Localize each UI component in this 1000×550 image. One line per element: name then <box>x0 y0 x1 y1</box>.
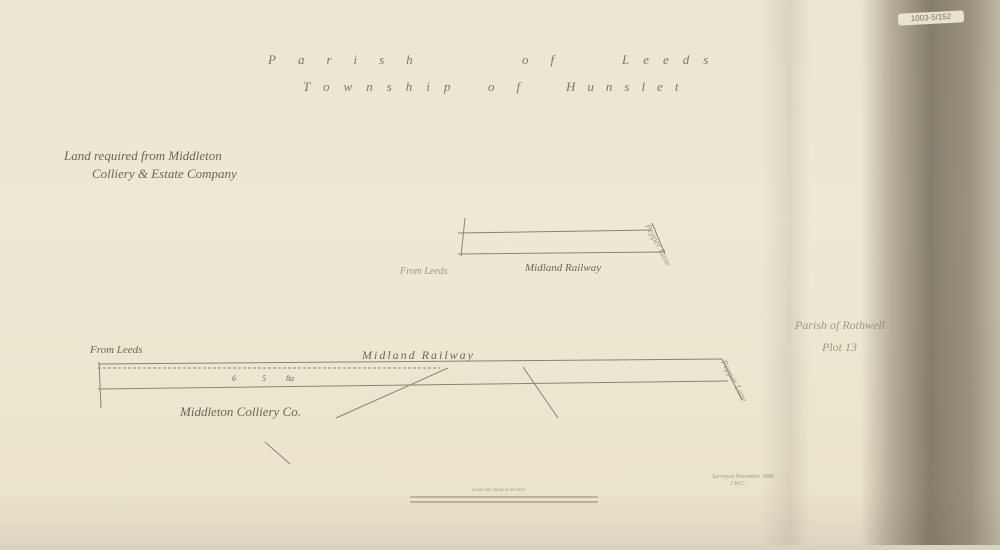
title-of-2: of <box>488 79 542 95</box>
upper-plan-left-edge <box>461 218 465 256</box>
survey-note-line2: J.W.C. <box>730 481 746 487</box>
plot-number: 5 <box>262 374 266 383</box>
survey-note-line1: Surveyed November 1888 <box>712 474 774 480</box>
upper-midland-railway: Midland Railway <box>525 262 601 274</box>
note-plot: Plot 13 <box>822 340 857 355</box>
lower-plan-diagonal <box>336 368 448 418</box>
upper-from-leeds: From Leeds <box>400 266 448 277</box>
note-land-required-line1: Land required from Middleton <box>64 148 222 164</box>
upper-plan-bottom-line <box>458 252 665 254</box>
lower-from-leeds: From Leeds <box>90 344 142 356</box>
lower-plan-left-edge <box>99 362 101 408</box>
title-leeds: Leeds <box>622 52 722 68</box>
lower-plan-bottom-line <box>98 381 728 389</box>
plot-number: 6 <box>232 374 236 383</box>
title-township: Township <box>303 79 464 95</box>
title-parish: Parish <box>268 52 435 68</box>
note-parish-rothwell: Parish of Rothwell <box>795 318 885 333</box>
upper-plan-top-line <box>458 230 652 233</box>
lower-owner-label: Middleton Colliery Co. <box>180 404 301 420</box>
lower-plan-crossing <box>523 367 558 418</box>
title-of-1: of <box>522 52 576 68</box>
title-parish-word: Parish <box>268 52 435 67</box>
pointer-arrow <box>265 442 290 464</box>
scale-caption: Scale one chain to an inch <box>472 488 525 493</box>
plot-number: 8a <box>286 374 294 383</box>
lower-midland-railway: Midland Railway <box>362 348 475 363</box>
note-land-required-line2: Colliery & Estate Company <box>92 166 237 182</box>
title-hunslet: Hunslet <box>566 79 690 95</box>
